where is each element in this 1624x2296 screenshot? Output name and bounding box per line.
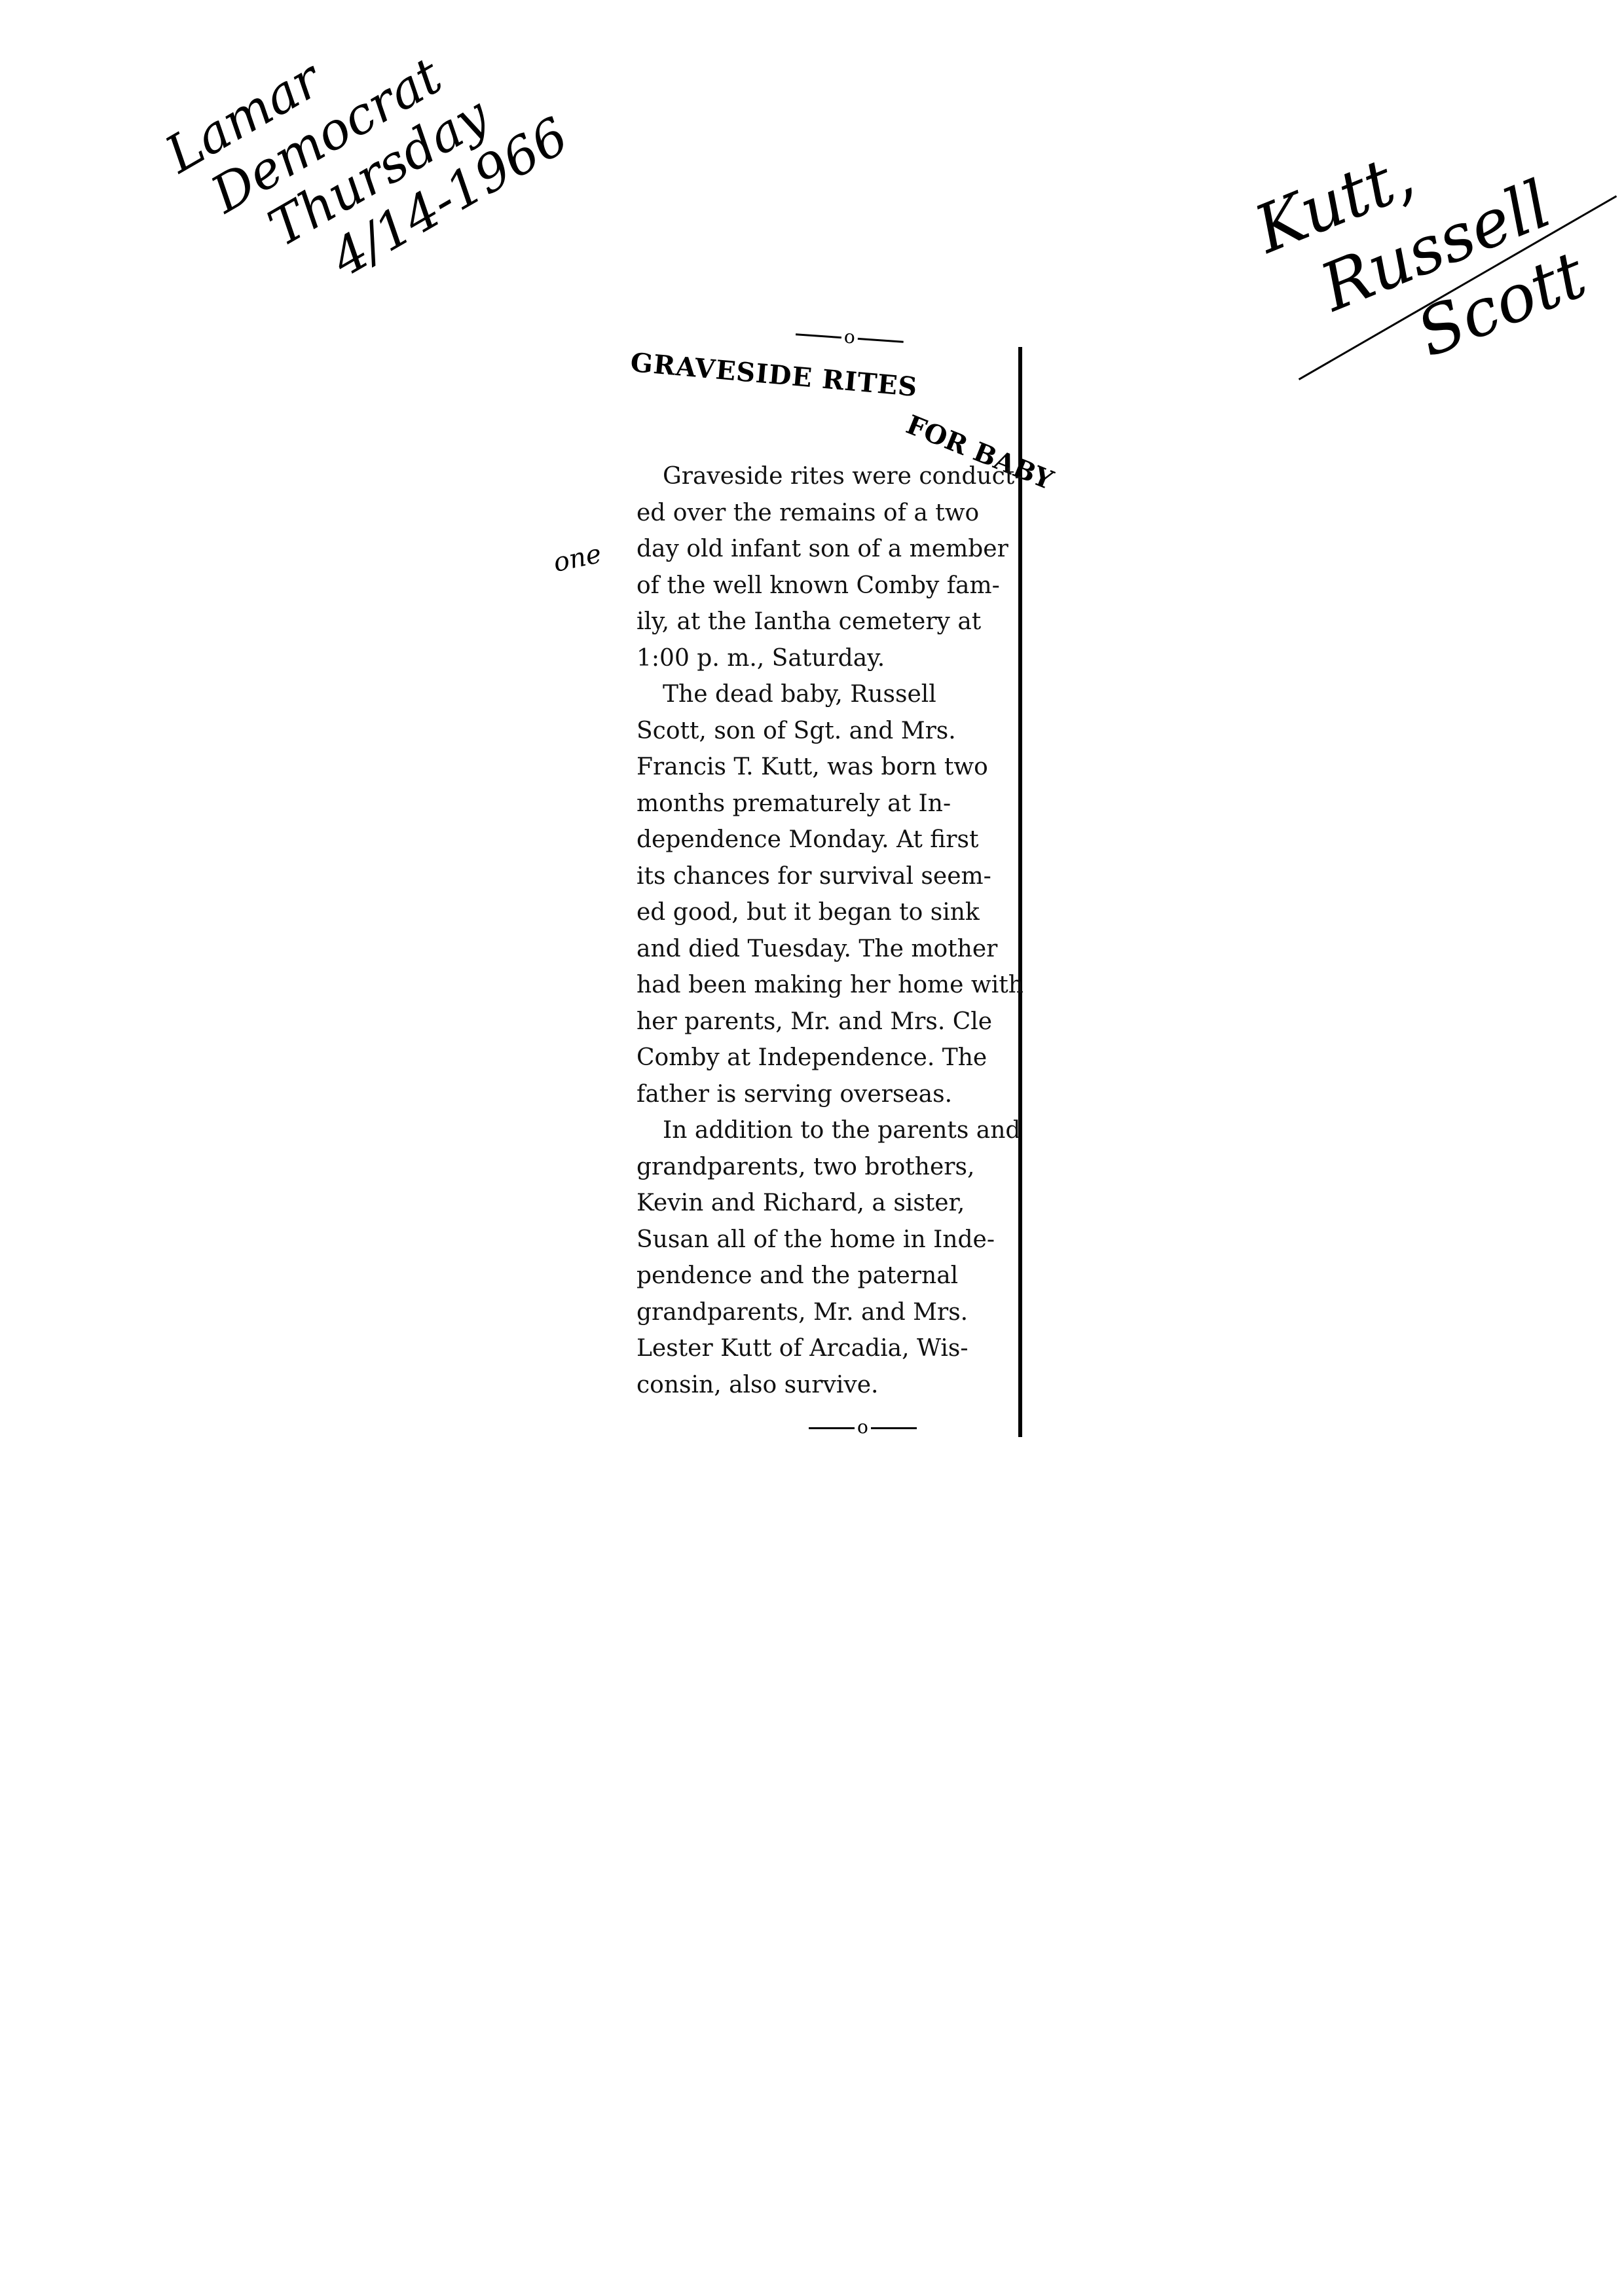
article-paragraph: Graveside rites were conduct-ed over the… <box>637 458 1029 676</box>
article-line: day old infant son of a member <box>637 531 1029 568</box>
handwritten-margin-note: one <box>551 539 604 578</box>
article-line: father is serving overseas. <box>637 1076 1029 1113</box>
divider-bar <box>871 1427 917 1429</box>
article-line: In addition to the parents and <box>637 1112 1029 1149</box>
article-paragraph: In addition to the parents andgrandparen… <box>637 1112 1029 1403</box>
article-line: Scott, son of Sgt. and Mrs. <box>637 713 1029 750</box>
article-body: Graveside rites were conduct-ed over the… <box>637 458 1029 1403</box>
article-line: Graveside rites were conduct- <box>637 458 1029 495</box>
ornament-divider-top: o <box>795 322 904 351</box>
divider-circle: o <box>841 325 858 348</box>
divider-bar <box>809 1427 855 1429</box>
article-line: Kevin and Richard, a sister, <box>637 1185 1029 1222</box>
ornament-divider-bottom: o <box>809 1416 917 1438</box>
article-line: pendence and the paternal <box>637 1258 1029 1294</box>
article-line: dependence Monday. At first <box>637 822 1029 858</box>
article-line: Lester Kutt of Arcadia, Wis- <box>637 1330 1029 1367</box>
handwritten-source-note: Lamar Democrat Thursday 4/14-1966 <box>151 0 578 337</box>
headline: GRAVESIDE RITES <box>629 347 919 403</box>
article-line: had been making her home with <box>637 967 1029 1004</box>
article-line: Comby at Independence. The <box>637 1040 1029 1076</box>
divider-bar <box>796 333 841 338</box>
article-line: The dead baby, Russell <box>637 676 1029 713</box>
article-line: ily, at the Iantha cemetery at <box>637 604 1029 640</box>
article-line: her parents, Mr. and Mrs. Cle <box>637 1004 1029 1040</box>
article-line: and died Tuesday. The mother <box>637 931 1029 968</box>
article-line: Francis T. Kutt, was born two <box>637 749 1029 786</box>
article-line: grandparents, Mr. and Mrs. <box>637 1294 1029 1331</box>
divider-circle: o <box>855 1416 871 1438</box>
article-line: Susan all of the home in Inde- <box>637 1222 1029 1258</box>
article-line: grandparents, two brothers, <box>637 1149 1029 1186</box>
article-line: 1:00 p. m., Saturday. <box>637 640 1029 677</box>
handwritten-name-note: Kutt, Russell Scott <box>1244 90 1596 415</box>
article-line: consin, also survive. <box>637 1367 1029 1404</box>
article-line: of the well known Comby fam- <box>637 568 1029 604</box>
scanned-page: Lamar Democrat Thursday 4/14-1966 Kutt, … <box>0 0 1624 2296</box>
article-line: months prematurely at In- <box>637 786 1029 822</box>
article-line: ed good, but it began to sink <box>637 894 1029 931</box>
article-line: ed over the remains of a two <box>637 495 1029 532</box>
divider-bar <box>858 338 904 343</box>
article-paragraph: The dead baby, RussellScott, son of Sgt.… <box>637 676 1029 1112</box>
article-line: its chances for survival seem- <box>637 858 1029 895</box>
